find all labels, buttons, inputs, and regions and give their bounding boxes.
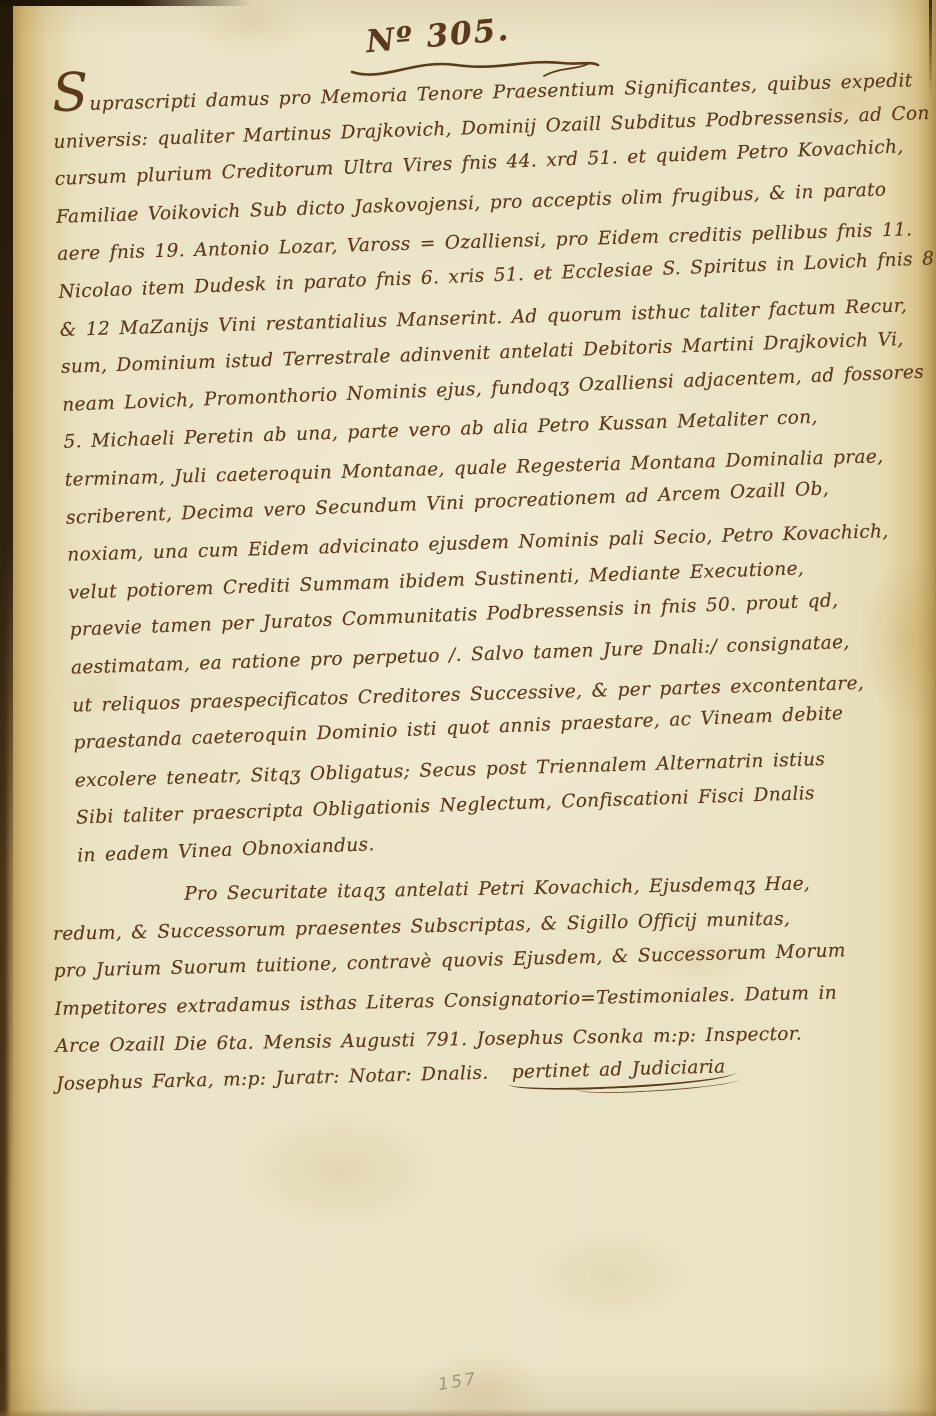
binding-edge-left <box>0 0 13 1416</box>
page-edge-bottom <box>0 1409 936 1416</box>
paragraph-main: Suprascripti damus pro Memoria Tenore Pr… <box>52 66 934 883</box>
manuscript-page: Nº 305. Suprascripti damus pro Memoria T… <box>0 0 936 1416</box>
page-edge-top <box>0 0 252 6</box>
pencil-page-number: 157 <box>437 1369 480 1395</box>
page-edge-right <box>929 0 932 95</box>
closing-annotation-underlined: pertinet ad Judiciaria <box>512 1056 726 1083</box>
paragraph-closing: Pro Securitate itaqʒ antelati Petri Kova… <box>52 868 913 1111</box>
